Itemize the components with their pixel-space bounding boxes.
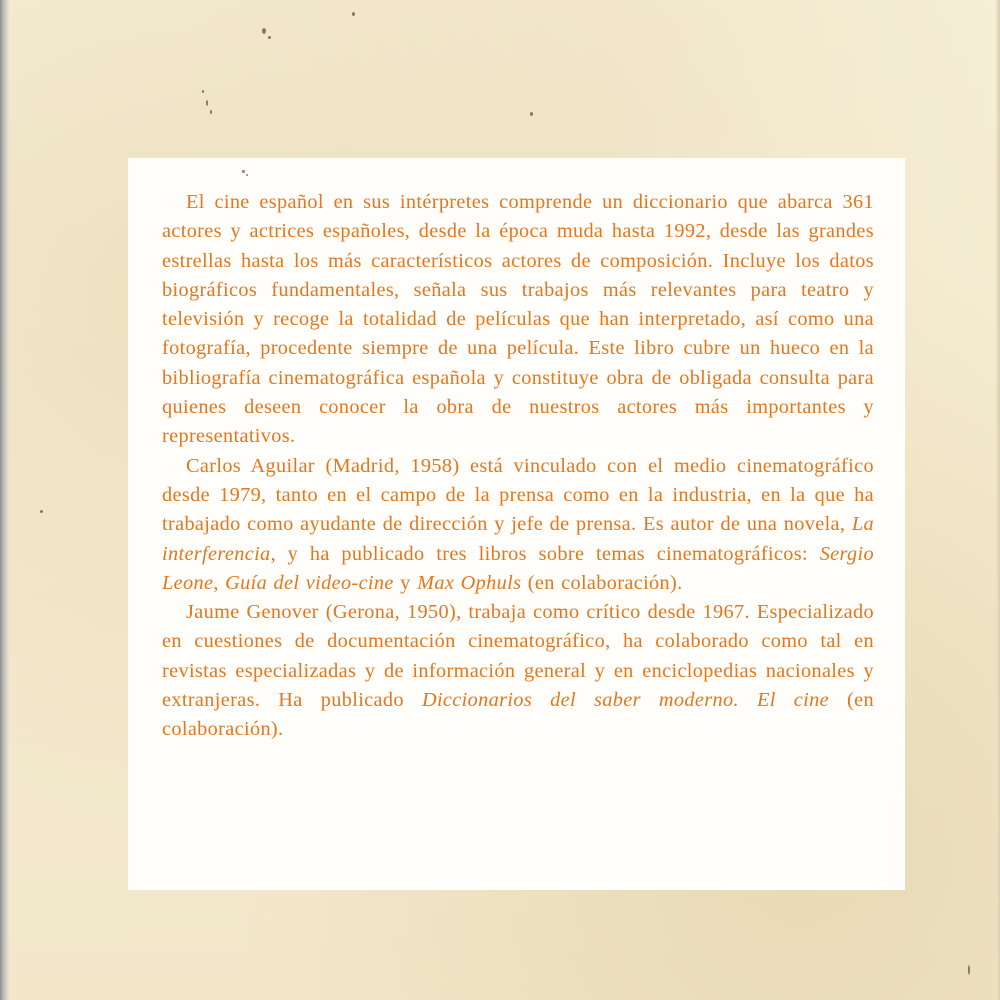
paragraph-author-carlos-aguilar: Carlos Aguilar (Madrid, 1958) está vincu…	[162, 452, 874, 598]
paragraph-text: (en colaboración).	[521, 572, 682, 594]
book-title-text: Max Ophuls	[417, 572, 521, 594]
paper-stain	[206, 100, 208, 106]
book-title-text: Diccionarios del saber moderno. El cine	[422, 689, 829, 711]
paper-stain	[246, 174, 248, 176]
book-spine-edge	[0, 0, 9, 1000]
paper-stain	[40, 510, 43, 513]
book-title-text: Guía del video-cine	[225, 572, 394, 594]
paper-stain	[530, 112, 533, 116]
paper-stain	[268, 36, 271, 39]
paragraph-text: y	[394, 572, 417, 594]
paper-stain	[352, 12, 355, 16]
paper-stain	[242, 170, 245, 173]
paragraph-book-summary: El cine español en sus intérpretes compr…	[162, 188, 874, 452]
book-right-edge	[996, 0, 1000, 1000]
paragraph-text: ,	[213, 572, 225, 594]
paragraph-text: El cine español en sus intérpretes compr…	[162, 191, 874, 447]
paragraph-text: , y ha publicado tres libros sobre temas…	[271, 543, 820, 565]
paper-stain	[210, 110, 212, 114]
paragraph-text: Carlos Aguilar (Madrid, 1958) está vincu…	[162, 455, 874, 536]
paper-stain	[968, 965, 970, 975]
paper-stain	[262, 28, 266, 34]
book-description: El cine español en sus intérpretes compr…	[162, 188, 874, 745]
paragraph-author-jaume-genover: Jaume Genover (Gerona, 1950), trabaja co…	[162, 598, 874, 744]
paper-stain	[202, 90, 204, 93]
back-cover-text-panel: El cine español en sus intérpretes compr…	[128, 158, 905, 890]
